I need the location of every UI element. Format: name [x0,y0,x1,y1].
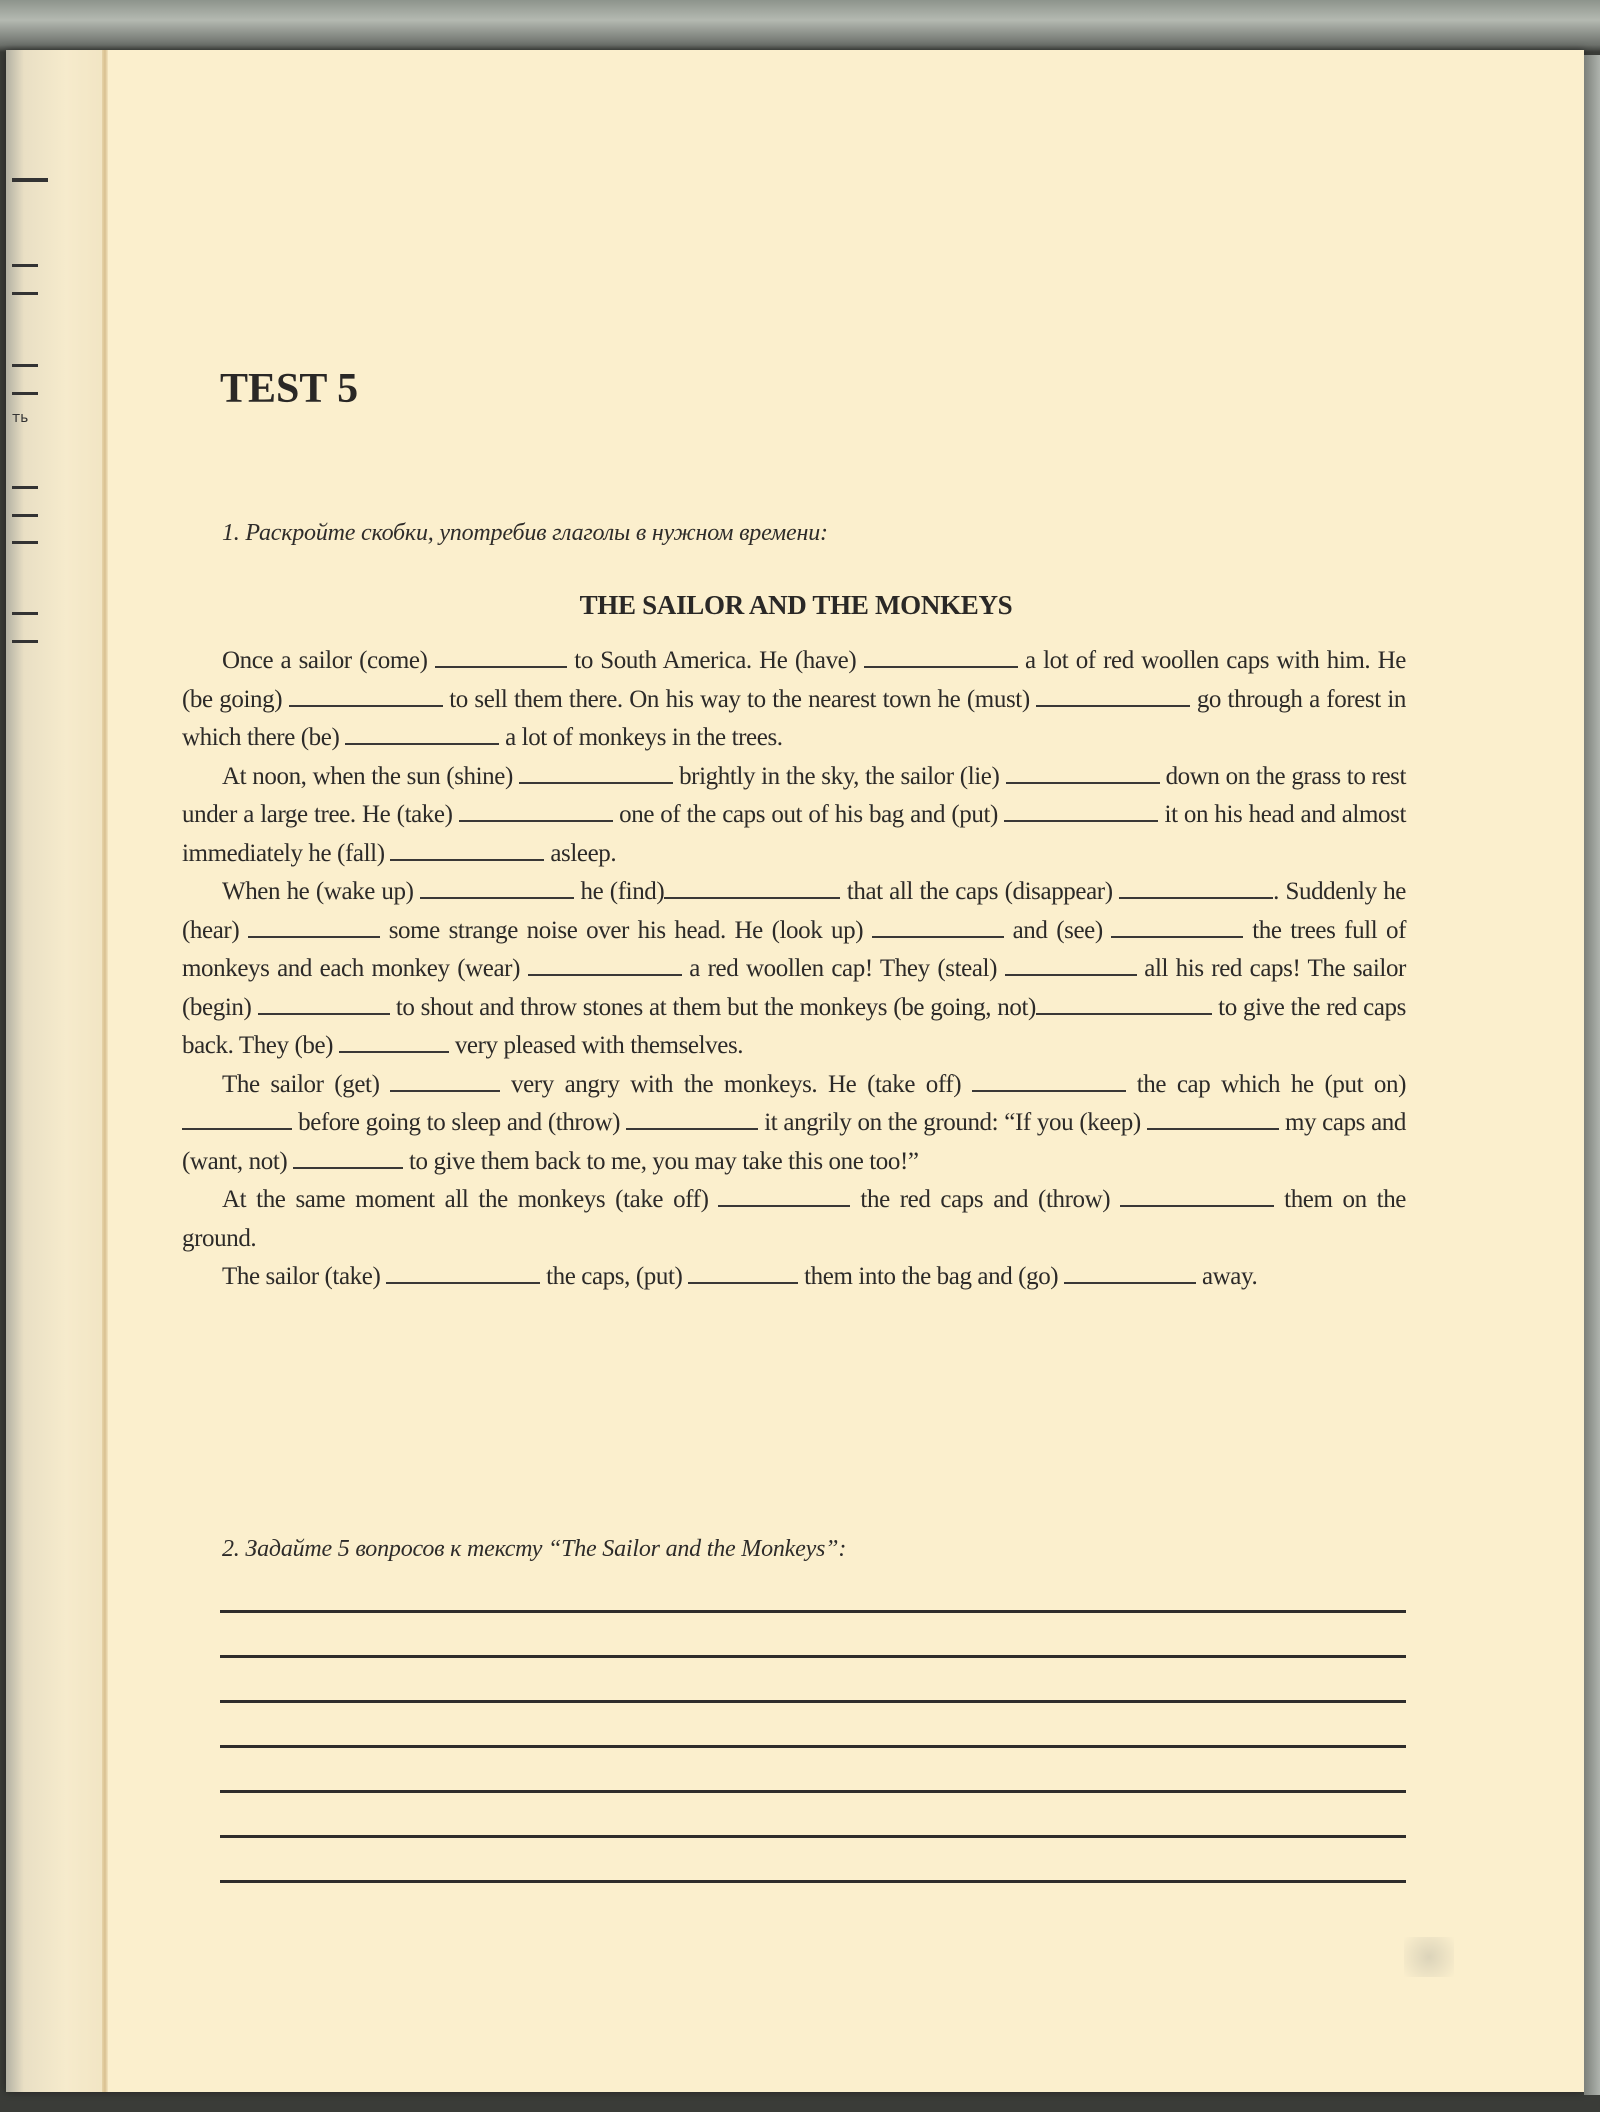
answer-blank[interactable] [1064,1260,1196,1284]
story-title: THE SAILOR AND THE MONKEYS [176,590,1416,621]
answer-blank[interactable] [1036,991,1212,1015]
answer-blank[interactable] [1147,1106,1279,1130]
margin-tick [12,541,38,544]
answer-blank[interactable] [1006,760,1160,784]
answer-blank[interactable] [289,683,443,707]
answer-blank[interactable] [688,1260,798,1284]
answer-blank[interactable] [293,1145,403,1169]
answer-blank[interactable] [1005,952,1137,976]
answer-blank[interactable] [872,914,1004,938]
answer-line[interactable] [220,1790,1406,1793]
binding-fold [102,50,108,2092]
answer-blank[interactable] [718,1183,850,1207]
margin-tick [12,486,38,489]
answer-blank[interactable] [864,644,1018,668]
answer-line[interactable] [220,1655,1406,1658]
answer-line[interactable] [220,1700,1406,1703]
smudge-mark [1404,1937,1454,1977]
answer-blank[interactable] [519,760,673,784]
story-paragraph: The sailor (get) very angry with the mon… [182,1066,1406,1182]
answer-blank[interactable] [664,875,840,899]
answer-blank[interactable] [528,952,682,976]
margin-glyph: ть [12,410,28,426]
margin-tick [12,292,38,295]
story-paragraph: At noon, when the sun (shine) brightly i… [182,758,1406,874]
answer-blank[interactable] [1036,683,1190,707]
answer-blank[interactable] [459,798,613,822]
answer-blank[interactable] [386,1260,540,1284]
answer-blank[interactable] [182,1106,292,1130]
story-text: Once a sailor (come) to South America. H… [182,642,1406,1297]
margin-tick [12,612,38,615]
answer-blank[interactable] [626,1106,758,1130]
answer-blank[interactable] [972,1068,1126,1092]
margin-tick [12,264,38,267]
page-title: TEST 5 [220,365,358,413]
answer-blank[interactable] [248,914,380,938]
answer-blank[interactable] [1111,914,1243,938]
margin-tick [12,640,38,643]
story-paragraph: At the same moment all the monkeys (take… [182,1181,1406,1258]
margin-tick [12,514,38,517]
margin-tick [12,364,38,367]
answer-blank[interactable] [420,875,574,899]
answer-line[interactable] [220,1745,1406,1748]
answer-blank[interactable] [390,837,544,861]
story-paragraph: Once a sailor (come) to South America. H… [182,642,1406,758]
story-paragraph: When he (wake up) he (find) that all the… [182,873,1406,1066]
answer-line[interactable] [220,1610,1406,1613]
task2-instruction: 2. Задайте 5 вопросов к тексту “The Sail… [222,1536,846,1563]
answer-blank[interactable] [390,1068,500,1092]
margin-tick [12,392,38,395]
margin-tick [12,178,48,182]
answer-line[interactable] [220,1835,1406,1838]
answer-blank[interactable] [1004,798,1158,822]
left-margin-strip: ть [6,50,102,2092]
answer-blank[interactable] [1120,1183,1274,1207]
answer-blank[interactable] [258,991,390,1015]
task1-instruction: 1. Раскройте скобки, употребив глаголы в… [222,520,828,547]
answer-line[interactable] [220,1880,1406,1883]
answer-blank[interactable] [1119,875,1273,899]
answer-blank[interactable] [435,644,567,668]
answer-blank[interactable] [345,721,499,745]
answer-blank[interactable] [339,1029,449,1053]
story-paragraph: The sailor (take) the caps, (put) them i… [182,1258,1406,1297]
